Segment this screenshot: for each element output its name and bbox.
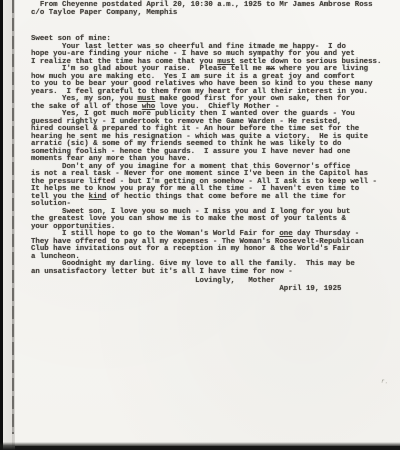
page-gutter-edge xyxy=(0,0,15,450)
stray-pencil-mark: r. xyxy=(381,378,389,386)
letter-line: Club have invitations out for a receptio… xyxy=(31,246,400,254)
letter-line: c/o Tayloe Paper Company, Memphis xyxy=(31,10,400,18)
letter-body: From Cheyenne postdated April 20, 10:30 … xyxy=(31,2,400,293)
letter-blank-line xyxy=(31,17,400,25)
scan-bottom-edge xyxy=(0,442,400,450)
letter-blank-line xyxy=(31,25,400,33)
letter-paper: From Cheyenne postdated April 20, 10:30 … xyxy=(15,0,400,446)
spine-line xyxy=(12,0,14,434)
letter-line: tell you the kind of hectic things that … xyxy=(31,194,400,202)
letter-line: April 19, 1925 xyxy=(31,286,400,294)
scanned-letter-page: From Cheyenne postdated April 20, 10:30 … xyxy=(0,0,400,450)
letter-line: an unsatisfactory letter but it's all I … xyxy=(31,269,400,277)
